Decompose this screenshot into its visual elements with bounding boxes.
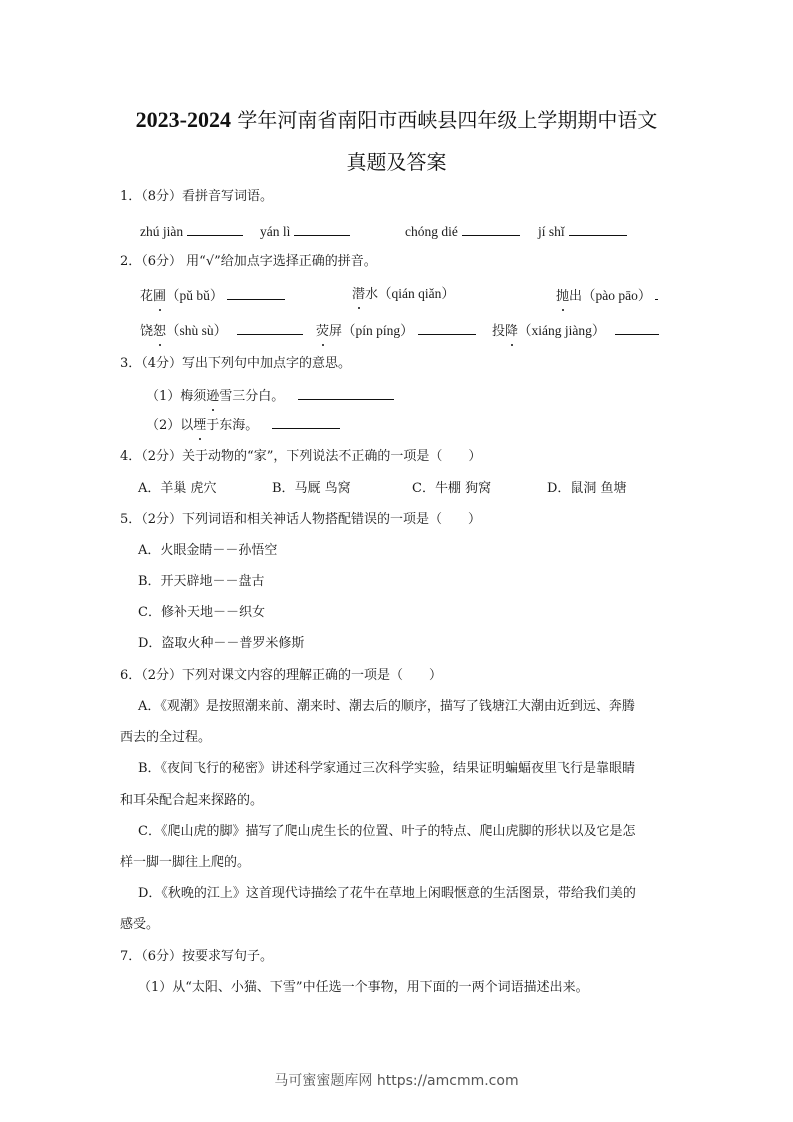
q2-dotted-char: 荧 bbox=[316, 323, 329, 341]
q2-item-5: 荧屏（pín píng） bbox=[316, 320, 480, 341]
q4-option-a[interactable]: A．羊巢 虎穴 bbox=[138, 480, 217, 498]
q7-sub-question-1: （1）从“太阳、小猫、下雪”中任选一个事物，用下面的一两个词语描述出来。 bbox=[138, 979, 589, 997]
document-title-line1: 2023-2024 学年河南省南阳市西峡县四年级上学期期中语文 bbox=[0, 104, 793, 133]
q1-answer-blank-3[interactable] bbox=[462, 221, 520, 236]
exam-page: 2023-2024 学年河南省南阳市西峡县四年级上学期期中语文 真题及答案 1．… bbox=[0, 0, 793, 1122]
q1-pinyin-2: yán lì bbox=[260, 224, 290, 239]
q2-dotted-char: 恕 bbox=[153, 323, 166, 341]
q1-pinyin-3: chóng dié bbox=[405, 224, 458, 239]
q2-item-2: 潜水（qián qiǎn） bbox=[352, 285, 455, 304]
q2-answer-blank-1[interactable] bbox=[227, 285, 285, 300]
q2-pinyin-options[interactable]: （pǔ bǔ） bbox=[166, 288, 223, 303]
q3-text-post: 雪三分白。 bbox=[219, 389, 284, 404]
q2-item-6: 投降（xiáng jiàng） bbox=[492, 320, 663, 341]
q2-pinyin-options[interactable]: （pín píng） bbox=[342, 323, 414, 338]
q2-word-post: 出 bbox=[569, 289, 582, 304]
q2-pinyin-options[interactable]: （pào pāo） bbox=[582, 288, 651, 303]
q2-answer-blank-6[interactable] bbox=[615, 320, 659, 335]
q3-text-pre: （2）以 bbox=[146, 418, 193, 433]
q1-answer-blank-4[interactable] bbox=[569, 221, 627, 236]
q6-option-c-line2: 样一脚一脚往上爬的。 bbox=[120, 854, 250, 872]
q2-word-pre: 饶 bbox=[140, 324, 153, 339]
q3-dotted-char: 逊 bbox=[206, 388, 219, 406]
q1-item-3: chóng dié bbox=[405, 221, 524, 242]
question-3-stem: 3．（4分）写出下列句中加点字的意思。 bbox=[120, 355, 351, 373]
q2-item-1: 花圃（pǔ bǔ） bbox=[140, 285, 289, 306]
question-2-stem: 2．（6分） 用“√”给加点字选择正确的拼音。 bbox=[120, 253, 377, 271]
q1-pinyin-1: zhú jiàn bbox=[140, 224, 183, 239]
q5-option-c[interactable]: C．修补天地－－织女 bbox=[138, 604, 265, 622]
q2-dotted-char: 圃 bbox=[153, 288, 166, 306]
q6-option-d-line2: 感受。 bbox=[120, 916, 159, 934]
q5-option-d[interactable]: D．盗取火种－－普罗米修斯 bbox=[138, 635, 304, 653]
q3-dotted-char: 堙 bbox=[193, 417, 206, 435]
q6-option-b-line2: 和耳朵配合起来探路的。 bbox=[120, 792, 263, 810]
q5-option-b[interactable]: B．开天辟地－－盘古 bbox=[138, 573, 265, 591]
title-text: 学年河南省南阳市西峡县四年级上学期期中语文 bbox=[231, 108, 657, 132]
question-5-stem: 5．（2分）下列词语和相关神话人物搭配错误的一项是（ ） bbox=[120, 511, 481, 529]
q2-answer-blank-3[interactable] bbox=[655, 285, 658, 300]
q6-option-a-line1[interactable]: A．《观潮》是按照潮来前、潮来时、潮去后的顺序，描写了钱塘江大潮由近到远、奔腾 bbox=[138, 698, 635, 716]
q2-pinyin-options[interactable]: （qián qiǎn） bbox=[378, 286, 455, 301]
q6-option-a-line2: 西去的全过程。 bbox=[120, 729, 211, 747]
q2-answer-blank-4[interactable] bbox=[237, 320, 303, 335]
q2-word-pre: 花 bbox=[140, 289, 153, 304]
question-1-stem: 1．（8分）看拼音写词语。 bbox=[120, 188, 273, 206]
q1-pinyin-4: jí shǐ bbox=[538, 224, 565, 239]
title-year: 2023-2024 bbox=[136, 107, 231, 132]
q2-item-3: 抛出（pào pāo） bbox=[556, 285, 662, 306]
q3-item-1: （1）梅须逊雪三分白。 bbox=[146, 385, 398, 406]
q1-answer-blank-1[interactable] bbox=[187, 221, 243, 236]
q6-option-c-line1[interactable]: C．《爬山虎的脚》描写了爬山虎生长的位置、叶子的特点、爬山虎脚的形状以及它是怎 bbox=[138, 823, 635, 841]
q4-option-b[interactable]: B．马厩 鸟窝 bbox=[272, 480, 351, 498]
q2-dotted-char: 抛 bbox=[556, 288, 569, 306]
q6-option-b-line1[interactable]: B．《夜间飞行的秘密》讲述科学家通过三次科学实验，结果证明蝙蝠夜里飞行是靠眼睛 bbox=[138, 760, 635, 778]
q1-answer-blank-2[interactable] bbox=[294, 221, 350, 236]
question-7-stem: 7．（6分）按要求写句子。 bbox=[120, 948, 273, 966]
question-4-stem: 4．（2分）关于动物的“家”，下列说法不正确的一项是（ ） bbox=[120, 448, 481, 466]
question-6-stem: 6．（2分）下列对课文内容的理解正确的一项是（ ） bbox=[120, 667, 442, 685]
q2-pinyin-options[interactable]: （xiáng jiàng） bbox=[518, 323, 605, 338]
q2-dotted-char: 降 bbox=[505, 323, 518, 341]
question-1-items: zhú jiàn bbox=[140, 221, 247, 242]
q2-pinyin-options[interactable]: （shù sù） bbox=[166, 323, 227, 338]
q4-option-d[interactable]: D．鼠洞 鱼塘 bbox=[547, 480, 627, 498]
q3-answer-blank-2[interactable] bbox=[272, 414, 340, 429]
q2-word-pre: 投 bbox=[492, 324, 505, 339]
q1-item-4: jí shǐ bbox=[538, 221, 631, 242]
q1-item-2: yán lì bbox=[260, 221, 354, 242]
q2-answer-blank-5[interactable] bbox=[418, 320, 476, 335]
q2-word-post: 水 bbox=[365, 287, 378, 302]
q2-item-4: 饶恕（shù sù） bbox=[140, 320, 307, 341]
q2-word-post: 屏 bbox=[329, 324, 342, 339]
q3-text-pre: （1）梅须 bbox=[146, 389, 206, 404]
q2-dotted-char: 潜 bbox=[352, 286, 365, 304]
q3-item-2: （2）以堙于东海。 bbox=[146, 414, 344, 435]
footer-watermark: 马可蜜蜜题库网 https://amcmm.com bbox=[0, 1070, 793, 1090]
document-title-line2: 真题及答案 bbox=[0, 146, 793, 175]
q3-text-post: 于东海。 bbox=[206, 418, 258, 433]
q3-answer-blank-1[interactable] bbox=[298, 385, 394, 400]
q4-option-c[interactable]: C．牛棚 狗窝 bbox=[412, 480, 491, 498]
q5-option-a[interactable]: A．火眼金睛－－孙悟空 bbox=[138, 542, 277, 560]
q6-option-d-line1[interactable]: D．《秋晚的江上》这首现代诗描绘了花牛在草地上闲暇惬意的生活图景，带给我们美的 bbox=[138, 885, 636, 903]
